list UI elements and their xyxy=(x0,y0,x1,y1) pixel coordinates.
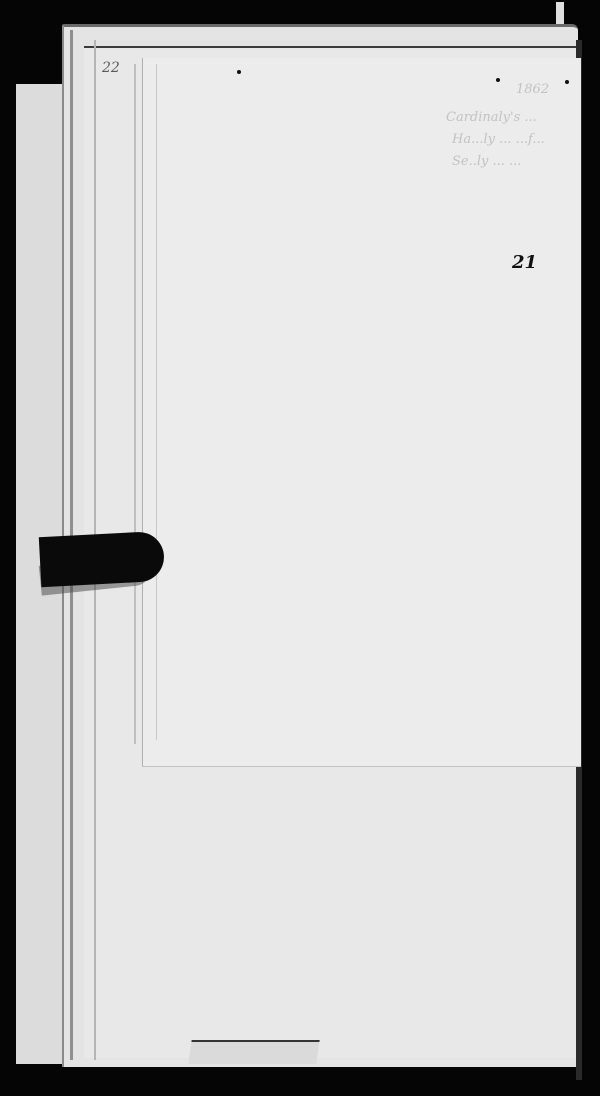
torn-paper-fragment xyxy=(188,1040,319,1064)
faint-line-1: Cardinaly's ... xyxy=(446,110,537,125)
folio-number-right: 21 xyxy=(512,252,537,273)
faint-line-3: Se..ly ... ... xyxy=(452,154,521,169)
page-margin-inner xyxy=(156,64,157,740)
page-margin-outer xyxy=(134,64,136,744)
ink-spot xyxy=(565,80,569,84)
folio-number-left: 22 xyxy=(102,60,120,76)
faint-header-year: 1862 xyxy=(516,82,549,97)
ink-spot xyxy=(496,78,500,82)
faint-line-2: Ha...ly ... ...f... xyxy=(452,132,545,147)
ink-spot xyxy=(237,70,241,74)
binder-clip xyxy=(39,531,165,587)
